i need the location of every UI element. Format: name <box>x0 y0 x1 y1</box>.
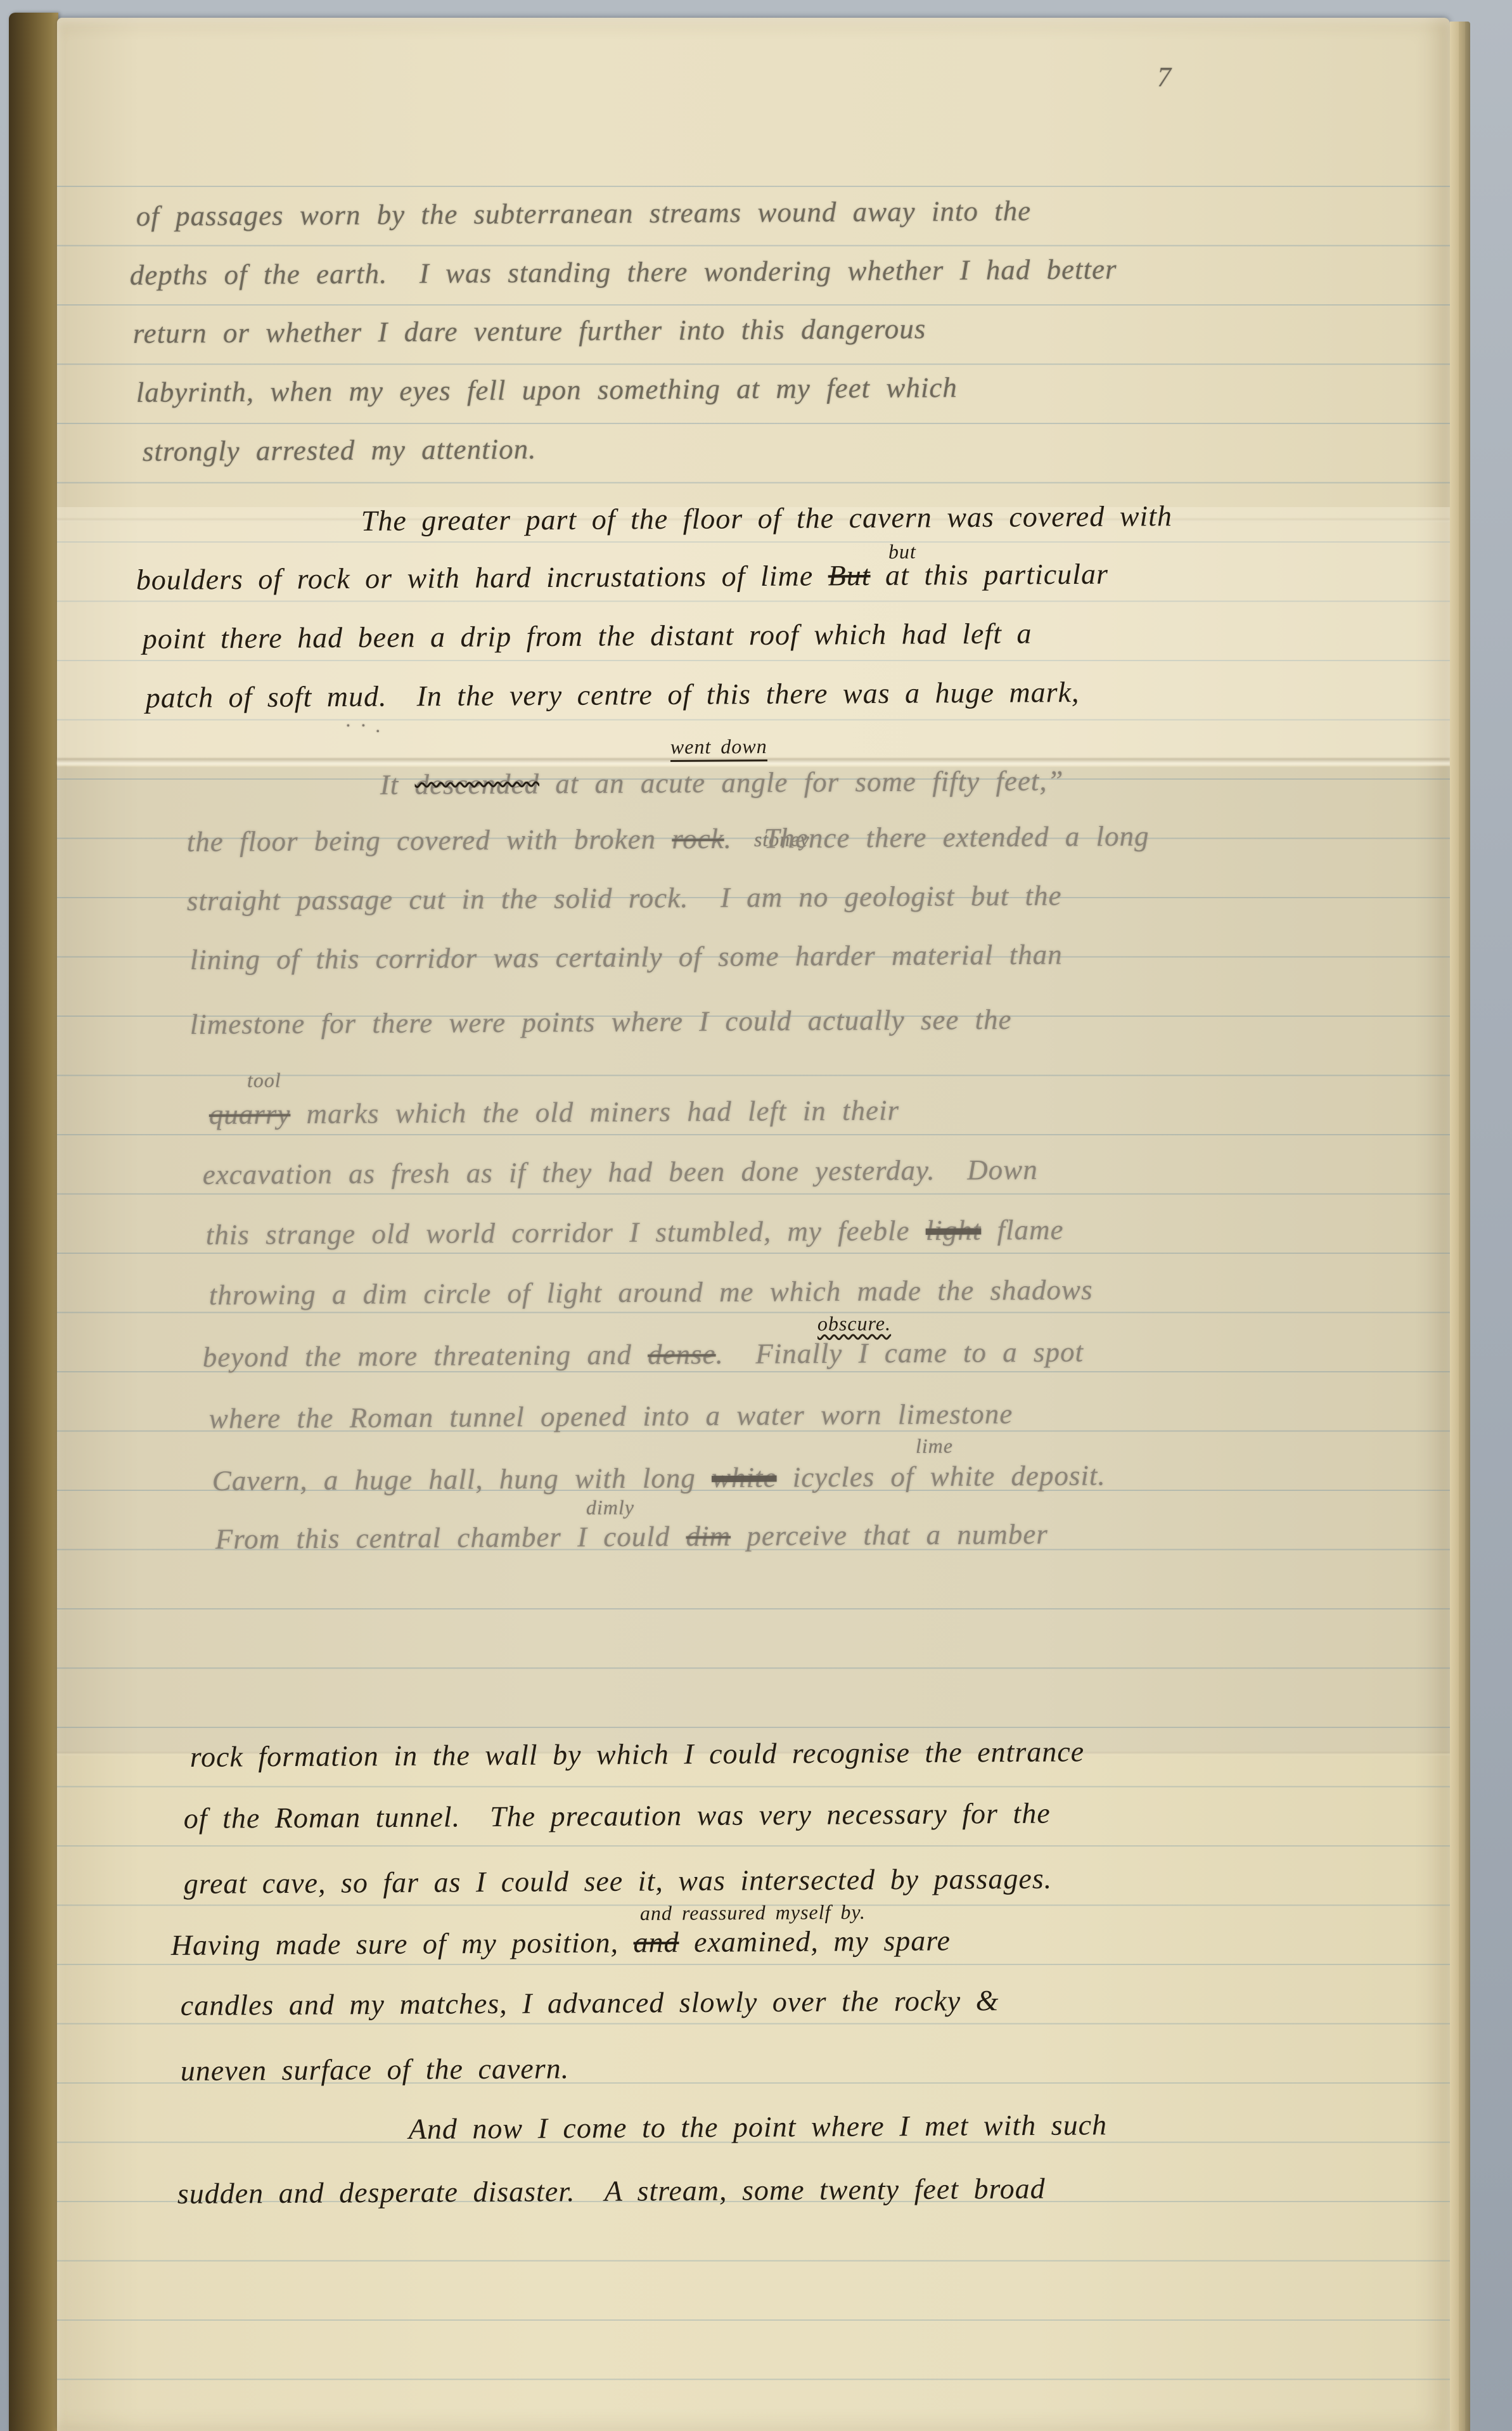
struck-word: white <box>712 1462 777 1494</box>
handwriting-segment: point there had been a drip from the dis… <box>143 617 1032 655</box>
struck-word: quarry <box>209 1098 291 1130</box>
line-p3-12: Cavern, a huge hall, hung with long whit… <box>212 1459 1106 1497</box>
handwriting-segment: boulders of rock or with hard incrustati… <box>136 559 828 596</box>
handwriting-segment: dimly <box>586 1496 634 1519</box>
insert-reassured: and reassured myself by. <box>640 1900 866 1925</box>
line-p4-6: uneven surface of the cavern. <box>181 2051 570 2087</box>
line-p2-4: patch of soft mud. In the very centre of… <box>146 675 1080 714</box>
handwriting-segment: . Thence there extended a long <box>724 820 1149 854</box>
line-p3-7: excavation as fresh as if they had been … <box>203 1153 1038 1191</box>
line-p1-3: return or whether I dare venture further… <box>133 312 926 350</box>
handwriting-segment: · · . <box>345 714 381 737</box>
insert-went-down: went down <box>670 735 767 762</box>
line-p3-5: limestone for there were points where I … <box>190 1003 1012 1041</box>
handwriting-segment: The greater part of the floor of the cav… <box>361 500 1172 537</box>
line-p2-3: point there had been a drip from the dis… <box>143 616 1032 655</box>
handwriting-segment: at an acute angle for some fifty feet,” <box>539 764 1064 799</box>
line-p4-4: Having made sure of my position, and exa… <box>171 1923 951 1962</box>
line-p1-4: labyrinth, when my eyes fell upon someth… <box>136 371 958 409</box>
line-p4-1: rock formation in the wall by which I co… <box>190 1734 1085 1774</box>
handwriting-segment: From this central chamber I could <box>215 1520 686 1555</box>
insert-dimly: dimly <box>586 1496 634 1519</box>
handwriting-segment: of the Roman tunnel. The precaution was … <box>184 1797 1051 1835</box>
line-p5-2: sudden and desperate disaster. A stream,… <box>177 2172 1046 2210</box>
handwriting-segment: throwing a dim circle of light around me… <box>209 1274 1093 1311</box>
handwriting-segment: It <box>380 769 415 801</box>
handwriting-segment: obscure. <box>817 1312 891 1335</box>
insert-tool: tool <box>247 1069 281 1092</box>
line-p3-4: lining of this corridor was certainly of… <box>190 938 1063 976</box>
line-p3-11: where the Roman tunnel opened into a wat… <box>209 1397 1013 1435</box>
line-p3-1: It descended at an acute angle for some … <box>380 764 1064 801</box>
handwriting-segment: this strange old world corridor I stumbl… <box>206 1215 926 1251</box>
handwriting-segment: great cave, so far as I could see it, wa… <box>184 1862 1053 1900</box>
line-p2-2: boulders of rock or with hard incrustati… <box>136 557 1108 596</box>
struck-word: dim <box>686 1520 731 1552</box>
line-p3-8: this strange old world corridor I stumbl… <box>206 1213 1064 1251</box>
line-p1-5: strongly arrested my attention. <box>143 432 537 468</box>
line-p4-3: great cave, so far as I could see it, wa… <box>184 1862 1053 1900</box>
manuscript-text: of passages worn by the subterranean str… <box>0 0 1512 2431</box>
handwriting-segment: excavation as fresh as if they had been … <box>203 1154 1038 1190</box>
handwriting-segment: Having made sure of my position, <box>171 1926 634 1961</box>
line-p3-13: From this central chamber I could dim pe… <box>215 1518 1048 1556</box>
handwriting-segment: of passages worn by the subterranean str… <box>136 195 1032 232</box>
handwriting-segment: uneven surface of the cavern. <box>181 2052 570 2087</box>
line-p3-6: quarry marks which the old miners had le… <box>209 1093 899 1131</box>
handwriting-segment: perceive that a number <box>731 1518 1048 1552</box>
insert-obscure: obscure. <box>817 1312 891 1336</box>
handwriting-segment: limestone for there were points where I … <box>190 1003 1012 1040</box>
handwriting-segment: lining of this corridor was certainly of… <box>190 939 1063 976</box>
handwriting-segment: the floor being covered with broken <box>187 823 672 858</box>
photo-backdrop: { "page": { "number": "7", "kind": "hand… <box>0 0 1512 2431</box>
handwriting-segment: Cavern, a huge hall, hung with long <box>212 1462 712 1497</box>
stray-marks: · · . <box>345 714 381 737</box>
struck-word: dense <box>648 1338 716 1370</box>
struck-word: descended <box>414 768 539 800</box>
line-p3-2: the floor being covered with broken rock… <box>187 820 1150 858</box>
page-number: 7 <box>1157 61 1171 93</box>
handwriting-segment: And now I come to the point where I met … <box>409 2108 1107 2145</box>
handwriting-segment: examined, my spare <box>679 1924 951 1958</box>
handwriting-segment: straight passage cut in the solid rock. … <box>187 880 1062 917</box>
line-p4-5: candles and my matches, I advanced slowl… <box>181 1983 999 2022</box>
handwriting-segment: icycles of white deposit. <box>776 1459 1105 1493</box>
handwriting-segment: candles and my matches, I advanced slowl… <box>181 1984 999 2022</box>
line-p3-3: straight passage cut in the solid rock. … <box>187 879 1062 917</box>
handwriting-segment: lime <box>916 1435 953 1457</box>
handwriting-segment: at this particular <box>870 558 1108 591</box>
line-p1-2: depths of the earth. I was standing ther… <box>130 252 1117 292</box>
struck-word: and <box>633 1926 679 1958</box>
handwriting-segment: return or whether I dare venture further… <box>133 313 926 349</box>
handwriting-segment: and reassured myself by. <box>640 1900 866 1925</box>
handwriting-segment: labyrinth, when my eyes fell upon someth… <box>136 371 958 408</box>
handwriting-segment: went down <box>670 735 767 758</box>
struck-word: But <box>828 559 871 591</box>
handwriting-segment: . Finally I came to a spot <box>715 1336 1084 1370</box>
handwriting-segment: rock formation in the wall by which I co… <box>190 1735 1085 1773</box>
insert-lime: lime <box>916 1435 953 1458</box>
handwriting-segment: sudden and desperate disaster. A stream,… <box>177 2172 1046 2210</box>
line-p4-2: of the Roman tunnel. The precaution was … <box>184 1796 1051 1835</box>
handwriting-segment: depths of the earth. I was standing ther… <box>130 253 1117 291</box>
handwriting-segment: where the Roman tunnel opened into a wat… <box>209 1398 1013 1435</box>
line-p5-1: And now I come to the point where I met … <box>409 2108 1108 2146</box>
line-p3-9: throwing a dim circle of light around me… <box>209 1273 1093 1312</box>
struck-word: rock <box>672 823 724 855</box>
handwriting-segment: flame <box>981 1214 1064 1246</box>
handwriting-segment: beyond the more threatening and <box>203 1339 648 1373</box>
handwriting-segment: tool <box>247 1069 281 1092</box>
line-p2-1: The greater part of the floor of the cav… <box>361 499 1172 538</box>
handwriting-segment: marks which the old miners had left in t… <box>290 1094 899 1130</box>
line-p1-1: of passages worn by the subterranean str… <box>136 194 1032 233</box>
handwriting-segment: strongly arrested my attention. <box>143 433 537 467</box>
struck-word: light <box>926 1215 982 1247</box>
line-p3-10: beyond the more threatening and dense. F… <box>203 1336 1084 1374</box>
handwriting-segment: patch of soft mud. In the very centre of… <box>146 676 1080 714</box>
